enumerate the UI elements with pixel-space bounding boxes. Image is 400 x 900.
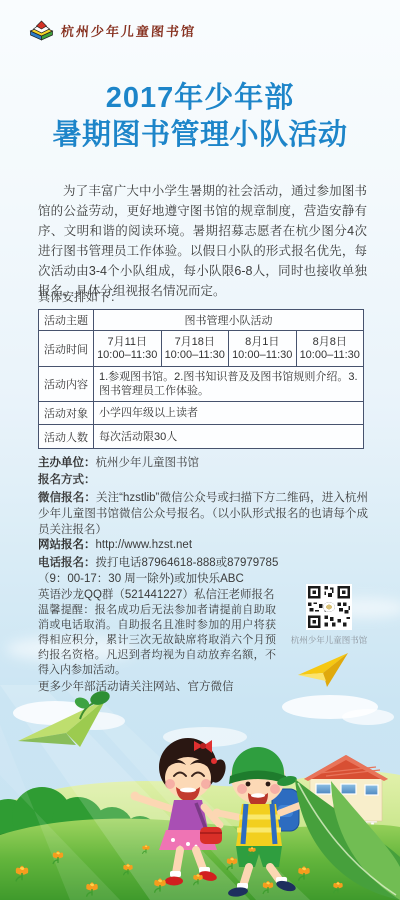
table-row-content: 活动内容 1.参观图书馆。2.图书知识普及及图书馆规则介绍。3.图书管理员工作体… [39, 367, 364, 402]
bottom-illustration [0, 685, 400, 900]
row-label-theme: 活动主题 [39, 310, 94, 331]
session-time: 10:00–11:30 [162, 349, 229, 362]
qr-caption: 杭州少年儿童图书馆 [284, 634, 374, 646]
session-cell: 8月1日 10:00–11:30 [229, 331, 297, 367]
table-row-audience: 活动对象 小学四年级以上读者 [39, 402, 364, 425]
poster: 杭州少年儿童图书馆 2017年少年部 暑期图书管理小队活动 为了丰富广大中小学生… [0, 0, 400, 900]
audience-value: 小学四年级以上读者 [94, 402, 364, 425]
library-logo: 杭州少年儿童图书馆 [28, 18, 196, 42]
poster-title: 2017年少年部 暑期图书管理小队活动 [0, 80, 400, 154]
session-date: 7月11日 [94, 336, 161, 349]
content-value: 1.参观图书馆。2.图书知识普及及图书馆规则介绍。3.图书管理员工作体验。 [94, 367, 364, 402]
intro-paragraph: 为了丰富广大中小学生暑期的社会活动，通过参加图书馆的公益劳动，更好地遵守图书馆的… [38, 181, 367, 301]
session-time: 10:00–11:30 [229, 349, 296, 362]
signup-header: 报名方式： [38, 473, 96, 488]
session-date: 7月18日 [162, 336, 229, 349]
theme-value: 图书管理小队活动 [94, 310, 364, 331]
reminder-paragraph: 温馨提醒：报名成功后无法参加者请提前自助取消或电话取消。自助报名且准时参加的用户… [38, 603, 276, 678]
session-cell: 7月18日 10:00–11:30 [161, 331, 229, 367]
schedule-table: 活动主题 图书管理小队活动 活动时间 7月11日 10:00–11:30 7月1… [38, 309, 364, 449]
session-time: 10:00–11:30 [94, 349, 161, 362]
row-label-content: 活动内容 [39, 367, 94, 402]
wechat-qr-code [306, 584, 352, 630]
session-cell: 7月11日 10:00–11:30 [94, 331, 162, 367]
session-date: 8月8日 [297, 336, 364, 349]
phone-line-2: （9：00-17：30 周一除外)或加快乐ABC [38, 571, 278, 587]
library-logo-text: 杭州少年儿童图书馆 [60, 21, 196, 40]
session-cell: 8月8日 10:00–11:30 [296, 331, 364, 367]
row-label-audience: 活动对象 [39, 402, 94, 425]
table-row-theme: 活动主题 图书管理小队活动 [39, 310, 364, 331]
organizer-label: 主办单位： [38, 457, 96, 469]
phone-line-1: 电话报名：拨打电话87964618-888或87979785 [38, 555, 278, 571]
website-signup-label: 网站报名： [38, 539, 96, 551]
session-time: 10:00–11:30 [297, 349, 364, 362]
wechat-signup-label: 微信报名： [38, 492, 96, 504]
organizer-line: 主办单位：杭州少年儿童图书馆 [38, 456, 199, 471]
phone-line-3: 英语沙龙QQ群（521441227）私信汪老师报名 [38, 587, 278, 603]
phone-numbers: 拨打电话87964618-888或87979785 [96, 557, 279, 569]
poster-title-line1: 2017年少年部 [0, 80, 400, 116]
phone-signup: 电话报名：拨打电话87964618-888或87979785 （9：00-17：… [38, 555, 278, 603]
footer-note: 更多少年部活动请关注网站、官方微信 [38, 678, 234, 694]
organizer-value: 杭州少年儿童图书馆 [96, 457, 200, 469]
website-url[interactable]: http://www.hzst.net [96, 539, 193, 551]
session-date: 8月1日 [229, 336, 296, 349]
schedule-lead: 具体安排如下： [38, 288, 122, 305]
yellow-paper-airplane-icon [296, 649, 350, 689]
library-logo-icon [28, 18, 55, 42]
capacity-value: 每次活动限30人 [94, 425, 364, 449]
phone-signup-label: 电话报名： [38, 557, 96, 569]
poster-title-line2: 暑期图书管理小队活动 [0, 116, 400, 154]
table-row-time: 活动时间 7月11日 10:00–11:30 7月18日 10:00–11:30… [39, 331, 364, 367]
table-row-capacity: 活动人数 每次活动限30人 [39, 425, 364, 449]
wechat-signup: 微信报名：关注“hzstlib”微信公众号或扫描下方二维码，进入杭州少年儿童图书… [38, 490, 368, 538]
website-signup: 网站报名：http://www.hzst.net [38, 538, 192, 553]
row-label-capacity: 活动人数 [39, 425, 94, 449]
row-label-time: 活动时间 [39, 331, 94, 367]
